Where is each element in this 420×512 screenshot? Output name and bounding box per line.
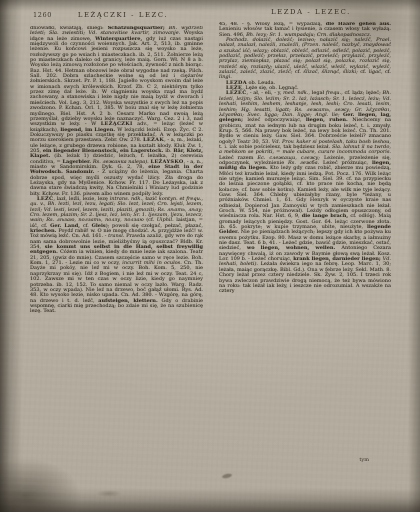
text-segment: ligać, bbox=[369, 69, 385, 75]
paragraph: dniowałki, kwiatają, śniegi: Schatzungsq… bbox=[30, 26, 203, 197]
ink-smudge bbox=[222, 473, 233, 479]
page-edge-shadow-right bbox=[408, 0, 420, 512]
text-segment: ślizać, śliznąć, ślizki; bbox=[303, 69, 360, 75]
text-segment: Kto leży gdy czas robić, zbierze mu powi… bbox=[219, 165, 391, 219]
paragraph: 45, 48. - §. Włosy lezą, = wypadaią, die… bbox=[219, 22, 391, 38]
paragraph: LEŹĆ, lazł, leźli, lezie, lezę intrans. … bbox=[30, 197, 203, 315]
running-header-left: LEŻĄCZKI - LEZC. bbox=[58, 11, 188, 19]
text-segment: cf. bbox=[360, 69, 369, 75]
text-segment: gdy iuż czas nastąpi międzywoli do czynn… bbox=[30, 36, 203, 128]
text-column-right: 45, 48. - §. Włosy lezą, = wypadaią, die… bbox=[219, 22, 391, 456]
scanned-dictionary-page: 1260 LEŻĄCZKI - LEZC. LEZDA - LEZEC. dni… bbox=[0, 0, 420, 512]
page-edge-shadow-top bbox=[0, 0, 420, 11]
text-column-left: dniowałki, kwiatają, śniegi: Schatzungsq… bbox=[30, 26, 203, 478]
paragraph: LEŻEĆ, - ał, - eli, - y, med. ndk., lega… bbox=[219, 91, 391, 294]
catchword: tym bbox=[219, 457, 391, 463]
paragraph: Pochodz. dolazić, doleźć; leziwo; nałazi… bbox=[219, 38, 391, 81]
text-segment: Leżała świekra iego na febrę. Leop. Marc… bbox=[219, 261, 391, 294]
gutter-shadow-left bbox=[0, 0, 22, 512]
page-edge-shadow-bottom bbox=[0, 488, 420, 512]
text-segment: cf. bbox=[385, 69, 391, 75]
